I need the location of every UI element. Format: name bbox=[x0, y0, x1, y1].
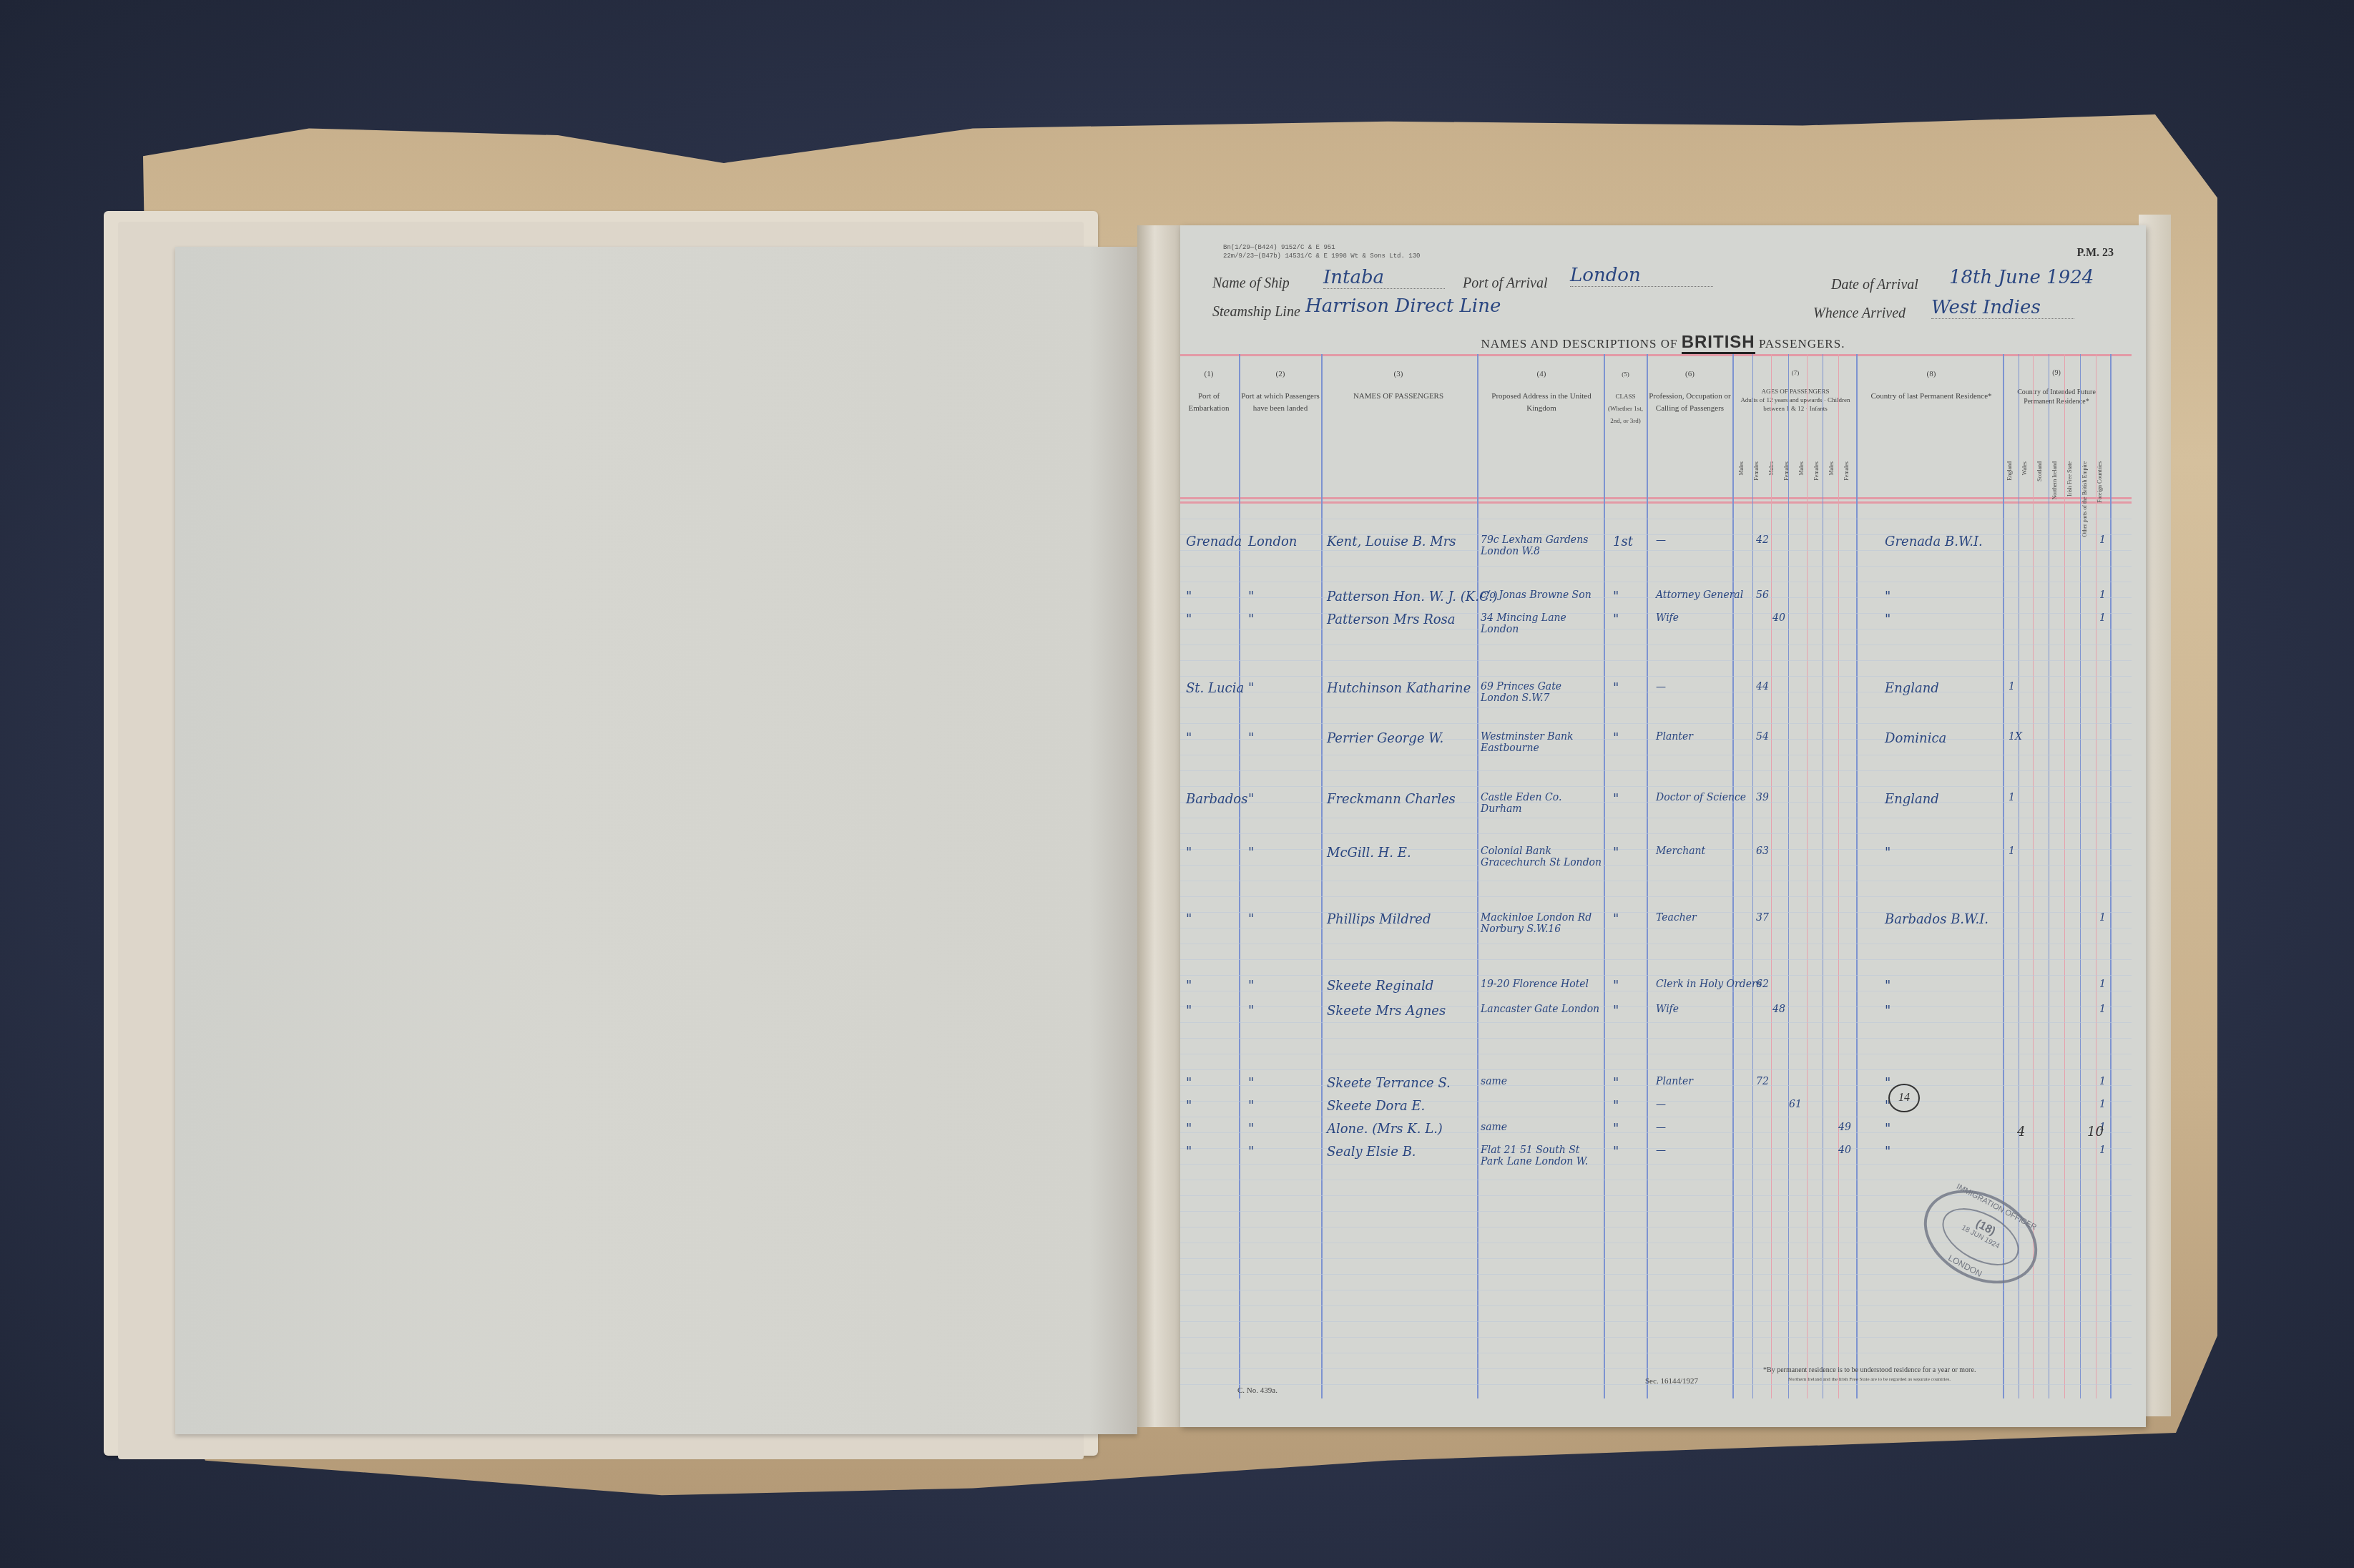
row-rule bbox=[1180, 865, 2132, 866]
residence-country-header: Other parts of the British Empire bbox=[2081, 461, 2088, 537]
row-rule bbox=[1180, 1022, 2132, 1023]
age-sex-header: Females bbox=[1843, 461, 1850, 481]
col-header-class: (5)CLASS (Whether 1st, 2nd, or 3rd) bbox=[1606, 368, 1645, 427]
passenger-age: 37 bbox=[1756, 912, 1769, 923]
passenger-age: 42 bbox=[1756, 534, 1769, 546]
form-code: Bn(1/29—(B424) 9152/C & E 951 22m/9/23—(… bbox=[1223, 243, 1420, 260]
form-number: P.M. 23 bbox=[2077, 247, 2114, 260]
proposed-address: 34 Mincing Lane London bbox=[1481, 612, 1602, 635]
row-rule bbox=[1180, 1368, 2132, 1369]
occupation: Merchant bbox=[1656, 846, 1705, 857]
column-rule bbox=[1239, 354, 1240, 1398]
future-residence-mark: 1 bbox=[2099, 979, 2106, 990]
row-rule bbox=[1180, 975, 2132, 976]
row-rule bbox=[1180, 723, 2132, 724]
row-rule bbox=[1180, 550, 2132, 551]
last-permanent-residence: Barbados B.W.I. bbox=[1885, 912, 1988, 927]
col-header-landed: (2)Port at which Passengers have been la… bbox=[1241, 368, 1320, 415]
port-label: Port of Arrival bbox=[1463, 275, 1548, 292]
row-rule bbox=[1180, 1180, 2132, 1180]
future-residence-mark: 1 bbox=[2099, 1004, 2106, 1015]
row-rule bbox=[1180, 676, 2132, 677]
class: " bbox=[1613, 912, 1619, 927]
port-landed: " bbox=[1248, 792, 1254, 807]
sub-column-rule bbox=[2080, 354, 2081, 1398]
future-residence-mark: 1 bbox=[2009, 681, 2015, 692]
passenger-name: McGill. H. E. bbox=[1327, 846, 1411, 861]
passenger-name: Hutchinson Katharine bbox=[1327, 681, 1471, 696]
proposed-address: same bbox=[1481, 1076, 1602, 1087]
occupation: Planter bbox=[1656, 731, 1693, 743]
whence-label: Whence Arrived bbox=[1813, 305, 1906, 322]
occupation: Doctor of Science bbox=[1656, 792, 1746, 803]
row-rule bbox=[1180, 519, 2132, 519]
col-header-embarkation: (1)Port of Embarkation bbox=[1180, 368, 1237, 415]
row-rule bbox=[1180, 1069, 2132, 1070]
row-rule bbox=[1180, 944, 2132, 944]
passenger-age: 40 bbox=[1838, 1145, 1851, 1156]
col-header-address: (4)Proposed Address in the United Kingdo… bbox=[1481, 368, 1602, 415]
row-rule bbox=[1180, 645, 2132, 645]
port-landed: " bbox=[1248, 912, 1254, 927]
port-landed: London bbox=[1248, 534, 1297, 549]
passenger-name: Skeete Mrs Agnes bbox=[1327, 1004, 1446, 1019]
occupation: Attorney General bbox=[1656, 589, 1743, 601]
proposed-address: same bbox=[1481, 1122, 1602, 1133]
port-landed: " bbox=[1248, 979, 1254, 994]
class: " bbox=[1613, 1076, 1619, 1091]
line-label: Steamship Line bbox=[1212, 304, 1300, 320]
occupation: — bbox=[1656, 534, 1666, 546]
row-rule bbox=[1180, 1054, 2132, 1054]
row-rule bbox=[1180, 959, 2132, 960]
proposed-address: 69 Princes Gate London S.W.7 bbox=[1481, 681, 1602, 704]
age-sex-header: Males bbox=[1798, 461, 1805, 476]
occupation: — bbox=[1656, 1122, 1666, 1133]
column-rule bbox=[1604, 354, 1605, 1398]
passenger-name: Skeete Reginald bbox=[1327, 979, 1433, 994]
port-landed: " bbox=[1248, 1145, 1254, 1160]
row-rule bbox=[1180, 660, 2132, 661]
port-landed: " bbox=[1248, 1004, 1254, 1019]
future-residence-mark: 1 bbox=[2099, 1099, 2106, 1110]
steamship-line: Harrison Direct Line bbox=[1305, 295, 1501, 317]
row-rule bbox=[1180, 896, 2132, 897]
residence-country-header: Irish Free State bbox=[2066, 461, 2073, 496]
port-of-arrival: London bbox=[1570, 265, 1713, 287]
sub-column-rule bbox=[2064, 354, 2065, 1398]
form-title: NAMES AND DESCRIPTIONS OF BRITISH PASSEN… bbox=[1180, 333, 2146, 353]
passenger-age: 48 bbox=[1772, 1004, 1785, 1015]
last-permanent-residence: Dominica bbox=[1885, 731, 1946, 746]
ship-label: Name of Ship bbox=[1212, 275, 1290, 292]
passenger-name: Freckmann Charles bbox=[1327, 792, 1456, 807]
residence-country-header: England bbox=[2006, 461, 2013, 481]
row-rule bbox=[1180, 818, 2132, 818]
occupation: — bbox=[1656, 681, 1666, 692]
port-of-embarkation: " bbox=[1186, 612, 1192, 627]
proposed-address: c/o Jonas Browne Son bbox=[1481, 589, 1602, 601]
footnote-residence: *By permanent residence is to be underst… bbox=[1763, 1366, 1976, 1374]
other-total: 10 bbox=[2087, 1124, 2104, 1140]
sub-column-rule bbox=[1807, 354, 1808, 1398]
last-permanent-residence: " bbox=[1885, 1122, 1890, 1137]
passenger-age: 44 bbox=[1756, 681, 1769, 692]
row-rule bbox=[1180, 1305, 2132, 1306]
column-rule bbox=[1321, 354, 1323, 1398]
future-residence-mark: 1 bbox=[2099, 589, 2106, 601]
passenger-age: 54 bbox=[1756, 731, 1769, 743]
occupation: Wife bbox=[1656, 612, 1679, 624]
residence-country-header: Foreign Countries bbox=[2096, 461, 2103, 503]
sub-column-rule bbox=[1788, 354, 1789, 1398]
future-residence-mark: 1 bbox=[2099, 1076, 2106, 1087]
residence-country-header: Wales bbox=[2021, 461, 2028, 475]
port-of-embarkation: St. Lucia bbox=[1186, 681, 1244, 696]
port-of-embarkation: " bbox=[1186, 846, 1192, 861]
row-rule bbox=[1180, 833, 2132, 834]
england-total: 4 bbox=[2017, 1124, 2025, 1140]
class: " bbox=[1613, 1145, 1619, 1160]
proposed-address: Mackinloe London Rd Norbury S.W.16 bbox=[1481, 912, 1602, 935]
port-landed: " bbox=[1248, 846, 1254, 861]
port-of-embarkation: " bbox=[1186, 1122, 1192, 1137]
column-rule bbox=[1856, 354, 1858, 1398]
column-rule bbox=[1477, 354, 1478, 1398]
occupation: Wife bbox=[1656, 1004, 1679, 1015]
port-of-embarkation: " bbox=[1186, 1145, 1192, 1160]
column-rule bbox=[1732, 354, 1734, 1398]
port-of-embarkation: " bbox=[1186, 1099, 1192, 1114]
last-permanent-residence: England bbox=[1885, 792, 1939, 807]
sub-column-rule bbox=[2049, 354, 2049, 1398]
left-blank-page bbox=[175, 247, 1137, 1434]
future-residence-mark: 1 bbox=[2099, 912, 2106, 923]
residence-country-header: Scotland bbox=[2036, 461, 2043, 481]
passenger-name: Perrier George W. bbox=[1327, 731, 1443, 746]
passenger-name: Patterson Mrs Rosa bbox=[1327, 612, 1456, 627]
port-of-embarkation: Grenada bbox=[1186, 534, 1242, 549]
class: " bbox=[1613, 1122, 1619, 1137]
col-header-last-residence: (8)Country of last Permanent Residence* bbox=[1863, 368, 1999, 403]
row-rule bbox=[1180, 928, 2132, 928]
future-residence-mark: 1X bbox=[2009, 731, 2022, 743]
port-landed: " bbox=[1248, 681, 1254, 696]
proposed-address: Lancaster Gate London bbox=[1481, 1004, 1602, 1015]
column-rule bbox=[2110, 354, 2112, 1398]
form-reference: C. No. 439a. bbox=[1237, 1386, 1277, 1395]
passenger-name: Skeete Terrance S. bbox=[1327, 1076, 1451, 1091]
port-landed: " bbox=[1248, 612, 1254, 627]
last-permanent-residence: " bbox=[1885, 612, 1890, 627]
date-of-arrival: 18th June 1924 bbox=[1949, 267, 2094, 288]
sub-column-rule bbox=[2096, 354, 2096, 1398]
port-landed: " bbox=[1248, 589, 1254, 604]
port-of-embarkation: " bbox=[1186, 1076, 1192, 1091]
occupation: — bbox=[1656, 1145, 1666, 1156]
last-permanent-residence: " bbox=[1885, 1145, 1890, 1160]
class: " bbox=[1613, 1004, 1619, 1019]
future-residence-mark: 1 bbox=[2099, 534, 2106, 546]
passenger-age: 56 bbox=[1756, 589, 1769, 601]
row-rule bbox=[1180, 881, 2132, 881]
port-landed: " bbox=[1248, 731, 1254, 746]
sec-reference: Sec. 16144/1927 bbox=[1645, 1377, 1698, 1386]
class: " bbox=[1613, 1099, 1619, 1114]
row-rule bbox=[1180, 1038, 2132, 1039]
class: " bbox=[1613, 681, 1619, 696]
last-permanent-residence: Grenada B.W.I. bbox=[1885, 534, 1983, 549]
last-permanent-residence: " bbox=[1885, 589, 1890, 604]
occupation: Planter bbox=[1656, 1076, 1693, 1087]
occupation: Clerk in Holy Orders bbox=[1656, 979, 1762, 990]
last-permanent-residence: " bbox=[1885, 979, 1890, 994]
proposed-address: Flat 21 51 South St Park Lane London W. bbox=[1481, 1145, 1602, 1167]
col-header-occupation: (6)Profession, Occupation or Calling of … bbox=[1649, 368, 1731, 415]
sub-column-rule bbox=[1838, 354, 1839, 1398]
last-permanent-residence: " bbox=[1885, 1076, 1890, 1091]
passenger-name: Skeete Dora E. bbox=[1327, 1099, 1425, 1114]
future-residence-mark: 1 bbox=[2099, 1145, 2106, 1156]
occupation: — bbox=[1656, 1099, 1666, 1110]
passenger-name: Sealy Elsie B. bbox=[1327, 1145, 1416, 1160]
port-of-embarkation: " bbox=[1186, 979, 1192, 994]
age-sex-header: Males bbox=[1738, 461, 1745, 476]
row-rule bbox=[1180, 1164, 2132, 1165]
age-sex-header: Females bbox=[1753, 461, 1760, 481]
book-spine bbox=[1137, 225, 1180, 1427]
row-rule bbox=[1180, 707, 2132, 708]
proposed-address: Castle Eden Co. Durham bbox=[1481, 792, 1602, 815]
port-of-embarkation: " bbox=[1186, 1004, 1192, 1019]
age-sex-header: Males bbox=[1828, 461, 1835, 476]
row-rule bbox=[1180, 1353, 2132, 1353]
future-residence-mark: 1 bbox=[2009, 792, 2015, 803]
passenger-age: 39 bbox=[1756, 792, 1769, 803]
port-landed: " bbox=[1248, 1099, 1254, 1114]
last-permanent-residence: " bbox=[1885, 1004, 1890, 1019]
row-rule bbox=[1180, 1321, 2132, 1322]
passenger-name: Kent, Louise B. Mrs bbox=[1327, 534, 1456, 549]
class: " bbox=[1613, 612, 1619, 627]
column-rule bbox=[1647, 354, 1648, 1398]
port-of-embarkation: " bbox=[1186, 912, 1192, 927]
port-landed: " bbox=[1248, 1076, 1254, 1091]
sub-column-rule bbox=[1752, 354, 1753, 1398]
sub-column-rule bbox=[1771, 354, 1772, 1398]
residence-country-header: Northern Ireland bbox=[2051, 461, 2058, 500]
row-rule bbox=[1180, 1337, 2132, 1338]
row-rule bbox=[1180, 786, 2132, 787]
class: " bbox=[1613, 731, 1619, 746]
class: " bbox=[1613, 846, 1619, 861]
sub-column-rule bbox=[1823, 354, 1823, 1398]
port-of-embarkation: " bbox=[1186, 589, 1192, 604]
passenger-name: Patterson Hon. W. J. (K.C.) bbox=[1327, 589, 1498, 604]
col-header-names: (3)NAMES OF PASSENGERS bbox=[1323, 368, 1473, 403]
row-rule bbox=[1180, 755, 2132, 755]
row-rule bbox=[1180, 770, 2132, 771]
future-residence-mark: 1 bbox=[2009, 846, 2015, 857]
occupation: Teacher bbox=[1656, 912, 1697, 923]
whence-arrived: West Indies bbox=[1931, 297, 2074, 319]
passenger-age: 72 bbox=[1756, 1076, 1769, 1087]
passenger-age: 62 bbox=[1756, 979, 1769, 990]
port-of-embarkation: " bbox=[1186, 731, 1192, 746]
date-label: Date of Arrival bbox=[1831, 277, 1918, 293]
passenger-age: 61 bbox=[1789, 1099, 1802, 1110]
proposed-address: Westminster Bank Eastbourne bbox=[1481, 731, 1602, 754]
proposed-address: 79c Lexham Gardens London W.8 bbox=[1481, 534, 1602, 557]
proposed-address: Colonial Bank Gracechurch St London bbox=[1481, 846, 1602, 868]
passenger-name: Alone. (Mrs K. L.) bbox=[1327, 1122, 1443, 1137]
ship-name: Intaba bbox=[1323, 267, 1445, 289]
port-of-embarkation: Barbados bbox=[1186, 792, 1247, 807]
row-rule bbox=[1180, 582, 2132, 582]
passenger-name: Phillips Mildred bbox=[1327, 912, 1431, 927]
row-rule bbox=[1180, 1117, 2132, 1117]
footnote-ireland: Northern Ireland and the Irish Free Stat… bbox=[1788, 1376, 1951, 1382]
age-sex-header: Females bbox=[1813, 461, 1820, 481]
future-residence-mark: 1 bbox=[2099, 612, 2106, 624]
row-rule bbox=[1180, 629, 2132, 629]
circled-passenger-count: 14 bbox=[1888, 1084, 1920, 1112]
last-permanent-residence: " bbox=[1885, 846, 1890, 861]
passenger-age: 40 bbox=[1772, 612, 1785, 624]
last-permanent-residence: England bbox=[1885, 681, 1939, 696]
row-rule bbox=[1180, 566, 2132, 567]
passenger-age: 49 bbox=[1838, 1122, 1851, 1133]
class: " bbox=[1613, 792, 1619, 807]
row-rule bbox=[1180, 1290, 2132, 1290]
proposed-address: 19-20 Florence Hotel bbox=[1481, 979, 1602, 990]
row-rule bbox=[1180, 991, 2132, 991]
passenger-age: 63 bbox=[1756, 846, 1769, 857]
port-landed: " bbox=[1248, 1122, 1254, 1137]
class: " bbox=[1613, 979, 1619, 994]
class: 1st bbox=[1613, 534, 1633, 549]
class: " bbox=[1613, 589, 1619, 604]
